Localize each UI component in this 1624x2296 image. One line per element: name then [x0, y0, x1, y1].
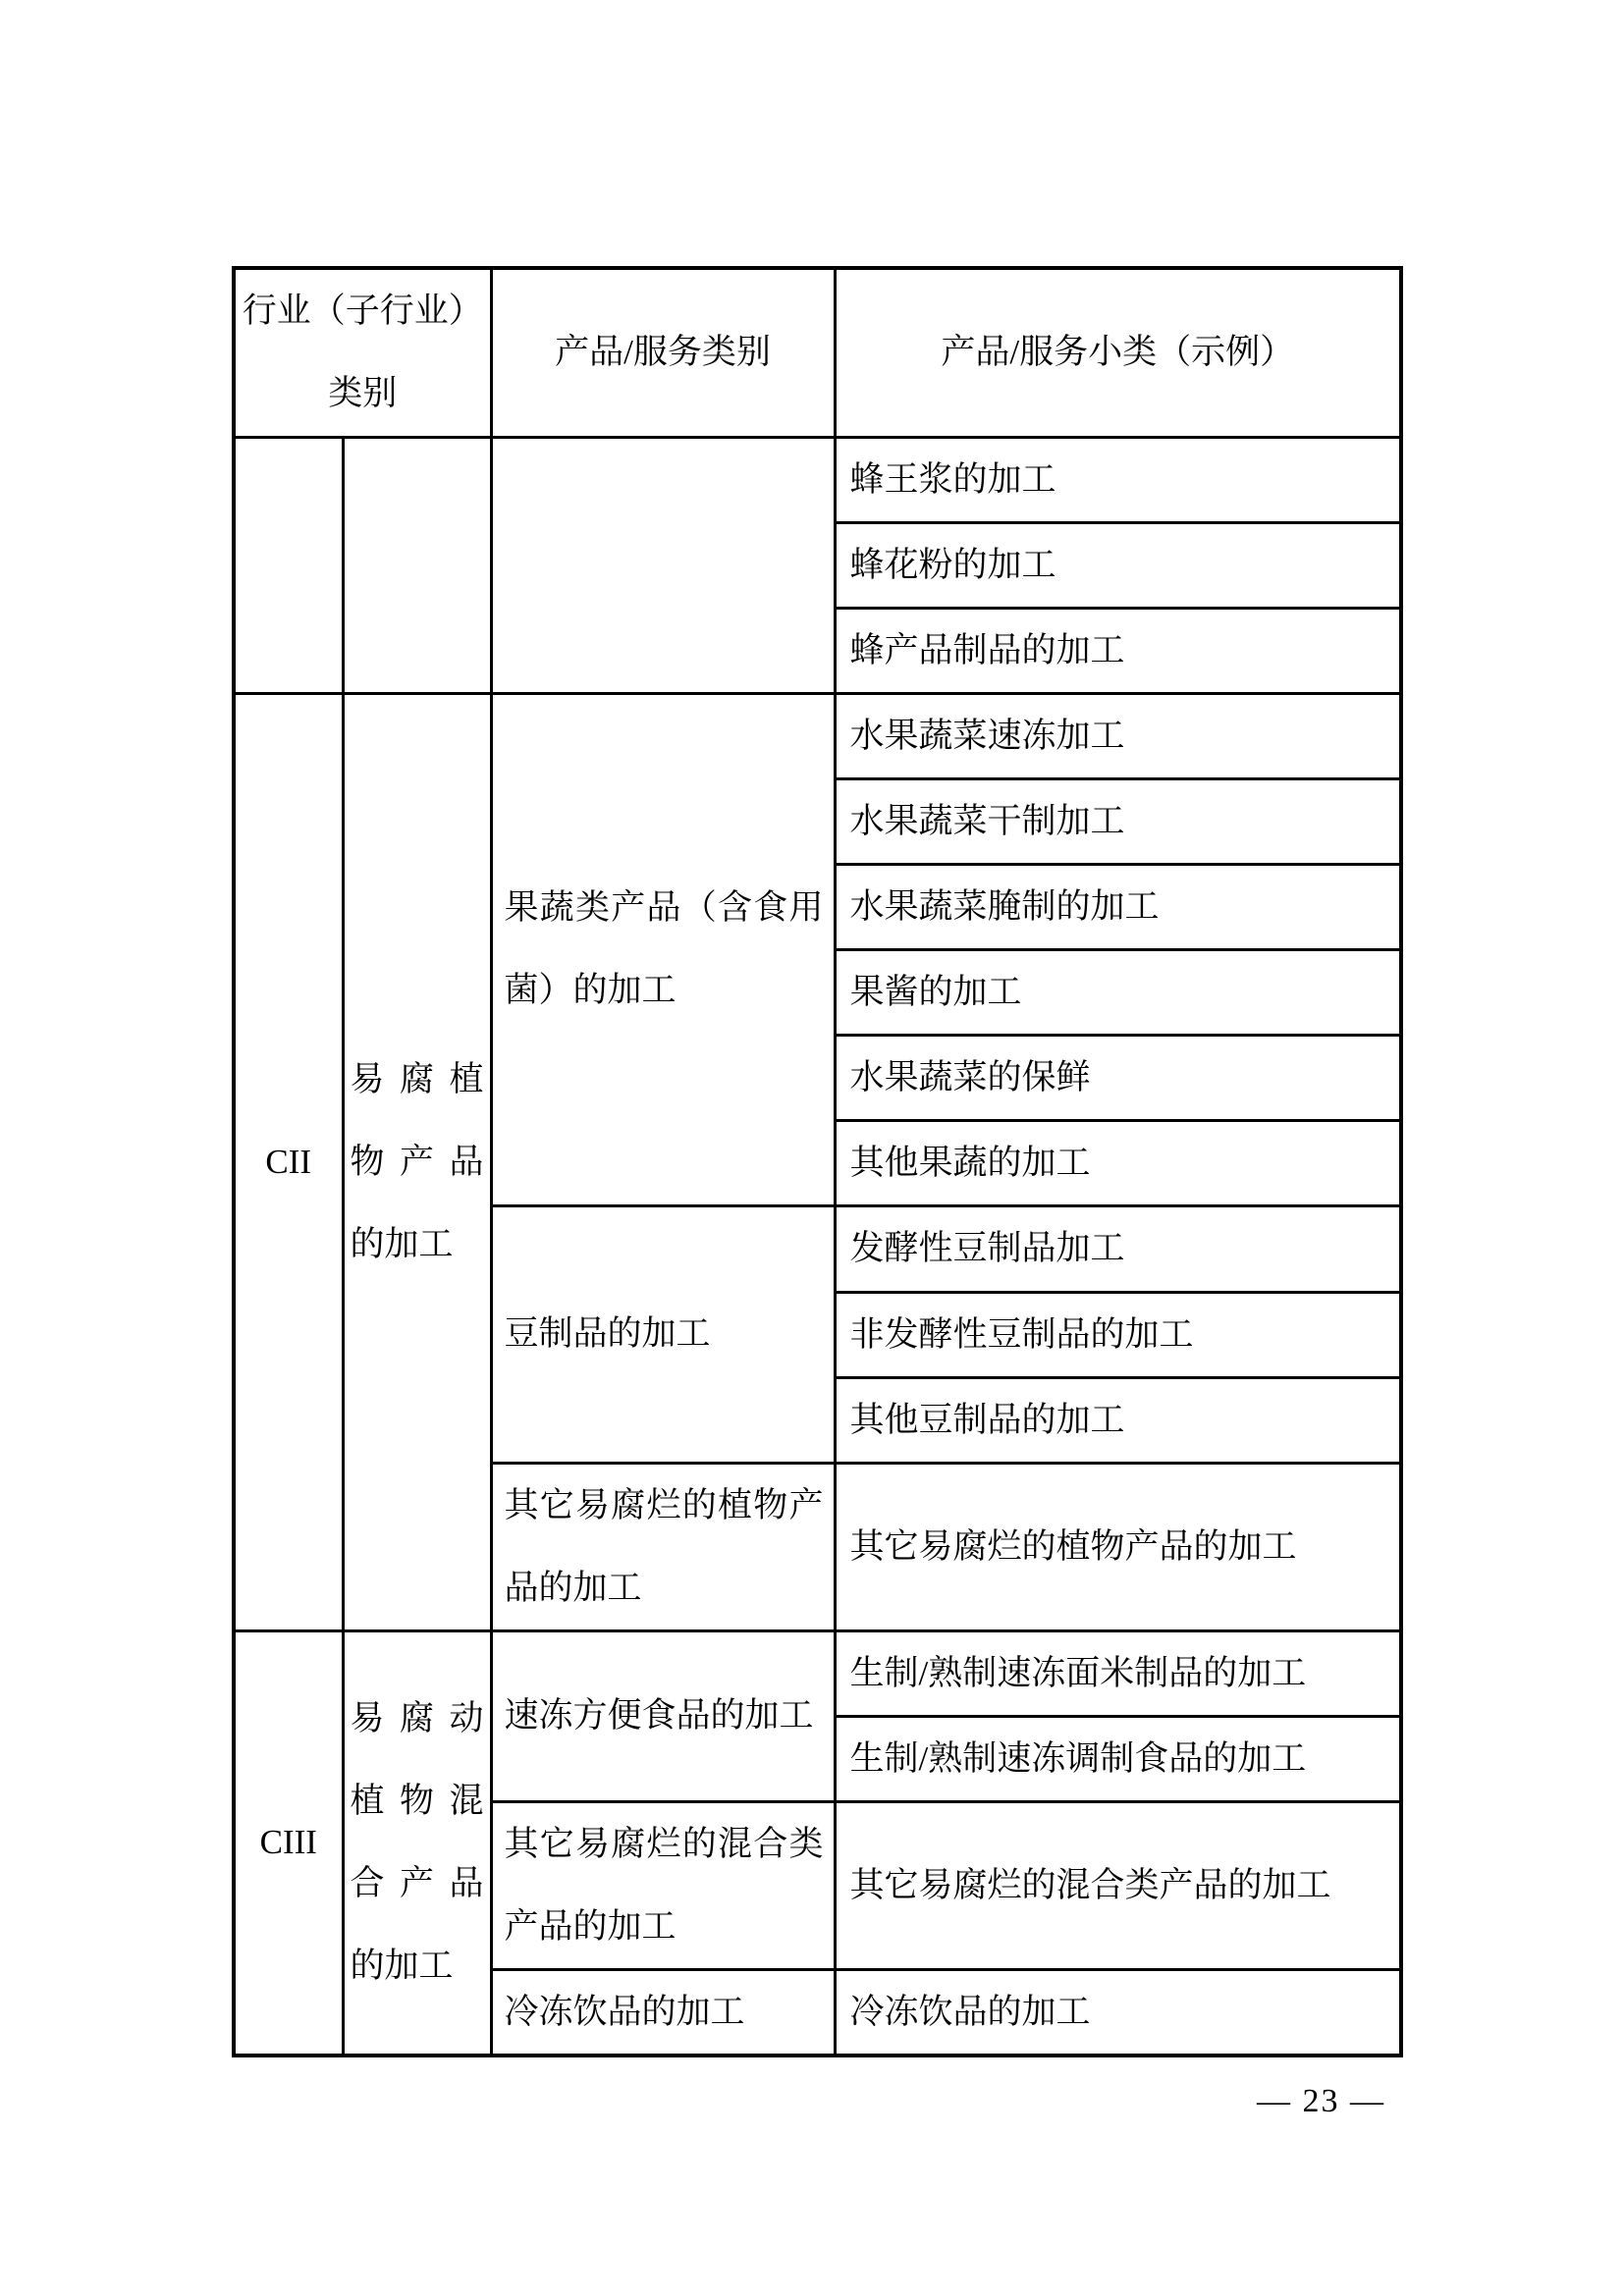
- cell-subcategory: 水果蔬菜干制加工: [835, 778, 1401, 864]
- cell-category-quick-frozen-food: 速冻方便食品的加工: [491, 1630, 835, 1801]
- cell-category-soy-products: 豆制品的加工: [491, 1205, 835, 1463]
- cell-subcategory: 蜂王浆的加工: [835, 437, 1401, 522]
- cell-category-other-plant: 其它易腐烂的植物产品的加工: [491, 1463, 835, 1630]
- cell-subcategory: 生制/熟制速冻调制食品的加工: [835, 1716, 1401, 1801]
- cell-subcategory: 其他果蔬的加工: [835, 1120, 1401, 1205]
- cell-subcategory: 非发酵性豆制品的加工: [835, 1292, 1401, 1377]
- cell-subcategory: 蜂花粉的加工: [835, 522, 1401, 608]
- classification-table: 行业（子行业） 类别 产品/服务类别 产品/服务小类（示例） 蜂王浆的加工 蜂花…: [232, 266, 1403, 2057]
- cell-category-fruit-vegetable: 果蔬类产品（含食用菌）的加工: [491, 693, 835, 1205]
- cell-subcategory: 生制/熟制速冻面米制品的加工: [835, 1630, 1401, 1716]
- cell-subcategory: 水果蔬菜的保鲜: [835, 1035, 1401, 1120]
- cell-subcategory: 其他豆制品的加工: [835, 1377, 1401, 1463]
- cell-ciii-industry: 易腐动植物混合产品的加工: [343, 1630, 491, 2056]
- document-page: 行业（子行业） 类别 产品/服务类别 产品/服务小类（示例） 蜂王浆的加工 蜂花…: [0, 0, 1624, 2296]
- cell-subcategory: 蜂产品制品的加工: [835, 608, 1401, 693]
- cell-carryover-industry-empty: [343, 437, 491, 693]
- cell-subcategory: 冷冻饮品的加工: [835, 1969, 1401, 2056]
- table-row: CII 易腐植物产品的加工 果蔬类产品（含食用菌）的加工 水果蔬菜速冻加工: [234, 693, 1401, 778]
- cell-category-frozen-drinks: 冷冻饮品的加工: [491, 1969, 835, 2056]
- cell-subcategory: 其它易腐烂的植物产品的加工: [835, 1463, 1401, 1630]
- table-row: CIII 易腐动植物混合产品的加工 速冻方便食品的加工 生制/熟制速冻面米制品的…: [234, 1630, 1401, 1716]
- cell-subcategory: 水果蔬菜速冻加工: [835, 693, 1401, 778]
- cell-cii-code: CII: [234, 693, 343, 1630]
- cell-subcategory: 果酱的加工: [835, 949, 1401, 1035]
- cell-ciii-code: CIII: [234, 1630, 343, 2056]
- cell-subcategory: 水果蔬菜腌制的加工: [835, 864, 1401, 949]
- cell-carryover-category-empty: [491, 437, 835, 693]
- cell-subcategory: 发酵性豆制品加工: [835, 1205, 1401, 1292]
- table-header-row: 行业（子行业） 类别 产品/服务类别 产品/服务小类（示例）: [234, 268, 1401, 437]
- header-product-service-subcategory: 产品/服务小类（示例）: [835, 268, 1401, 437]
- page-number: — 23 —: [1257, 2083, 1385, 2120]
- cell-subcategory: 其它易腐烂的混合类产品的加工: [835, 1801, 1401, 1969]
- table-row: 蜂王浆的加工: [234, 437, 1401, 522]
- cell-category-other-mixed: 其它易腐烂的混合类产品的加工: [491, 1801, 835, 1969]
- cell-cii-industry: 易腐植物产品的加工: [343, 693, 491, 1630]
- cell-carryover-code-empty: [234, 437, 343, 693]
- header-industry-category: 行业（子行业） 类别: [234, 268, 491, 437]
- header-product-service-category: 产品/服务类别: [491, 268, 835, 437]
